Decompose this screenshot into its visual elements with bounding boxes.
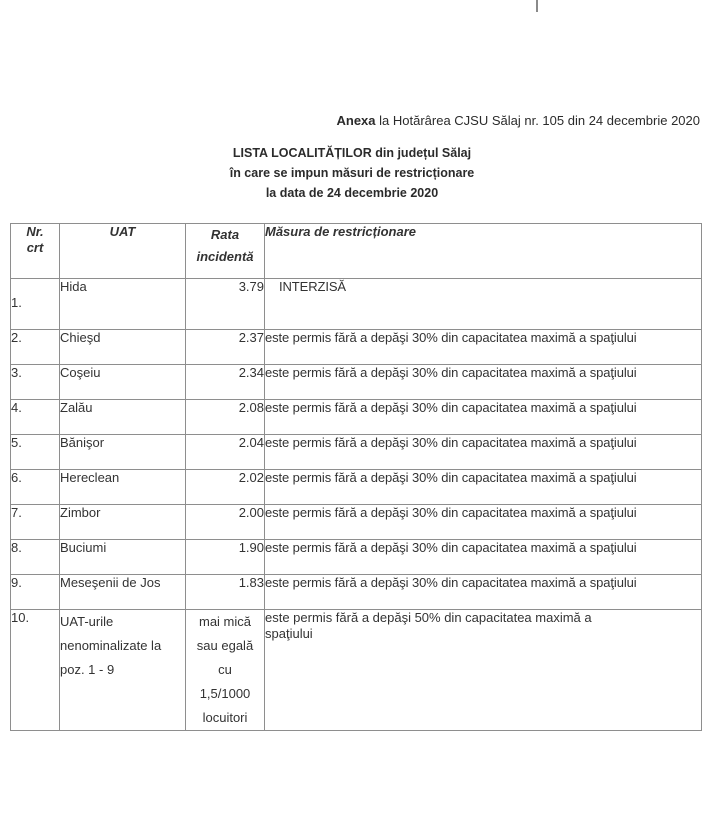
uat-line-1: UAT-urile — [60, 610, 185, 634]
table-row-remaining-uats: 10. UAT-urile nenominalizate la poz. 1 -… — [11, 610, 702, 731]
header-rata-incidenta: Rata incidentă — [186, 224, 265, 279]
table-row: 8.Buciumi1.90este permis fără a depăşi 3… — [11, 540, 702, 575]
cell-uat: Hida — [60, 279, 186, 330]
annex-text: la Hotărârea CJSU Sălaj nr. 105 din 24 d… — [376, 113, 700, 128]
cell-measure: este permis fără a depăşi 30% din capaci… — [265, 505, 702, 540]
header-nr-line2: crt — [11, 240, 59, 256]
cell-uat: Chieşd — [60, 330, 186, 365]
cell-measure: este permis fără a depăşi 50% din capaci… — [265, 610, 702, 731]
cell-nr: 1. — [11, 279, 60, 330]
cell-uat: Zimbor — [60, 505, 186, 540]
cell-uat: Coşeiu — [60, 365, 186, 400]
cell-measure: este permis fără a depăşi 30% din capaci… — [265, 575, 702, 610]
cell-uat: Hereclean — [60, 470, 186, 505]
table-row: 4.Zalău2.08este permis fără a depăşi 30%… — [11, 400, 702, 435]
table-row: 1.Hida3.79INTERZISĂ — [11, 279, 702, 330]
header-rata-line2: incidentă — [186, 246, 264, 268]
title-line-1: LISTA LOCALITĂȚILOR din județul Sălaj — [170, 143, 534, 163]
cell-measure: este permis fără a depăşi 30% din capaci… — [265, 540, 702, 575]
cell-rate: 1.90 — [186, 540, 265, 575]
cell-rate: 2.04 — [186, 435, 265, 470]
cell-nr: 8. — [11, 540, 60, 575]
table-header-row: Nr. crt UAT Rata incidentă Măsura de res… — [11, 224, 702, 279]
table-row: 6.Hereclean2.02este permis fără a depăşi… — [11, 470, 702, 505]
cell-rate: 2.00 — [186, 505, 265, 540]
rate-line-2: sau egală — [186, 634, 264, 658]
header-nr-crt: Nr. crt — [11, 224, 60, 279]
cell-measure: este permis fără a depăşi 30% din capaci… — [265, 470, 702, 505]
table-row: 9.Meseşenii de Jos1.83este permis fără a… — [11, 575, 702, 610]
measure-line-2: spaţiului — [265, 626, 701, 642]
cell-uat: Zalău — [60, 400, 186, 435]
cell-measure: este permis fără a depăşi 30% din capaci… — [265, 330, 702, 365]
header-uat: UAT — [60, 224, 186, 279]
cell-rate: 2.08 — [186, 400, 265, 435]
cell-rate: 3.79 — [186, 279, 265, 330]
cell-nr: 6. — [11, 470, 60, 505]
restrictions-table: Nr. crt UAT Rata incidentă Măsura de res… — [10, 223, 702, 731]
cell-measure: INTERZISĂ — [265, 279, 702, 330]
rate-line-3: cu — [186, 658, 264, 682]
table-row: 5.Bănişor2.04este permis fără a depăşi 3… — [11, 435, 702, 470]
cell-nr: 2. — [11, 330, 60, 365]
uat-line-2: nenominalizate la — [60, 634, 185, 658]
cell-nr: 10. — [11, 610, 60, 731]
cell-rate: mai mică sau egală cu 1,5/1000 locuitori — [186, 610, 265, 731]
cell-uat: Buciumi — [60, 540, 186, 575]
rate-line-4: 1,5/1000 — [186, 682, 264, 706]
annex-reference: Anexa la Hotărârea CJSU Sălaj nr. 105 di… — [337, 113, 701, 128]
cell-measure: este permis fără a depăşi 30% din capaci… — [265, 400, 702, 435]
uat-line-3: poz. 1 - 9 — [60, 658, 185, 682]
cell-measure: este permis fără a depăşi 30% din capaci… — [265, 435, 702, 470]
cell-nr: 5. — [11, 435, 60, 470]
header-nr-line1: Nr. — [11, 224, 59, 240]
table-row: 3.Coşeiu2.34este permis fără a depăşi 30… — [11, 365, 702, 400]
cell-nr: 3. — [11, 365, 60, 400]
header-rata-line1: Rata — [186, 224, 264, 246]
cell-rate: 2.02 — [186, 470, 265, 505]
rate-line-5: locuitori — [186, 706, 264, 730]
table-row: 2.Chieşd2.37este permis fără a depăşi 30… — [11, 330, 702, 365]
title-line-2: în care se impun măsuri de restricționar… — [170, 163, 534, 183]
annex-label: Anexa — [337, 113, 376, 128]
cell-uat: Meseşenii de Jos — [60, 575, 186, 610]
document-title: LISTA LOCALITĂȚILOR din județul Sălaj în… — [170, 143, 534, 203]
cell-nr: 7. — [11, 505, 60, 540]
cell-nr: 4. — [11, 400, 60, 435]
measure-line-1: este permis fără a depăşi 50% din capaci… — [265, 610, 701, 626]
cell-uat: UAT-urile nenominalizate la poz. 1 - 9 — [60, 610, 186, 731]
header-masura: Măsura de restricționare — [265, 224, 702, 279]
rate-line-1: mai mică — [186, 610, 264, 634]
cell-rate: 2.34 — [186, 365, 265, 400]
scan-mark — [536, 0, 538, 12]
cell-rate: 1.83 — [186, 575, 265, 610]
cell-measure: este permis fără a depăşi 30% din capaci… — [265, 365, 702, 400]
cell-rate: 2.37 — [186, 330, 265, 365]
cell-nr: 9. — [11, 575, 60, 610]
table-row: 7.Zimbor2.00este permis fără a depăşi 30… — [11, 505, 702, 540]
cell-uat: Bănişor — [60, 435, 186, 470]
title-line-3: la data de 24 decembrie 2020 — [170, 183, 534, 203]
